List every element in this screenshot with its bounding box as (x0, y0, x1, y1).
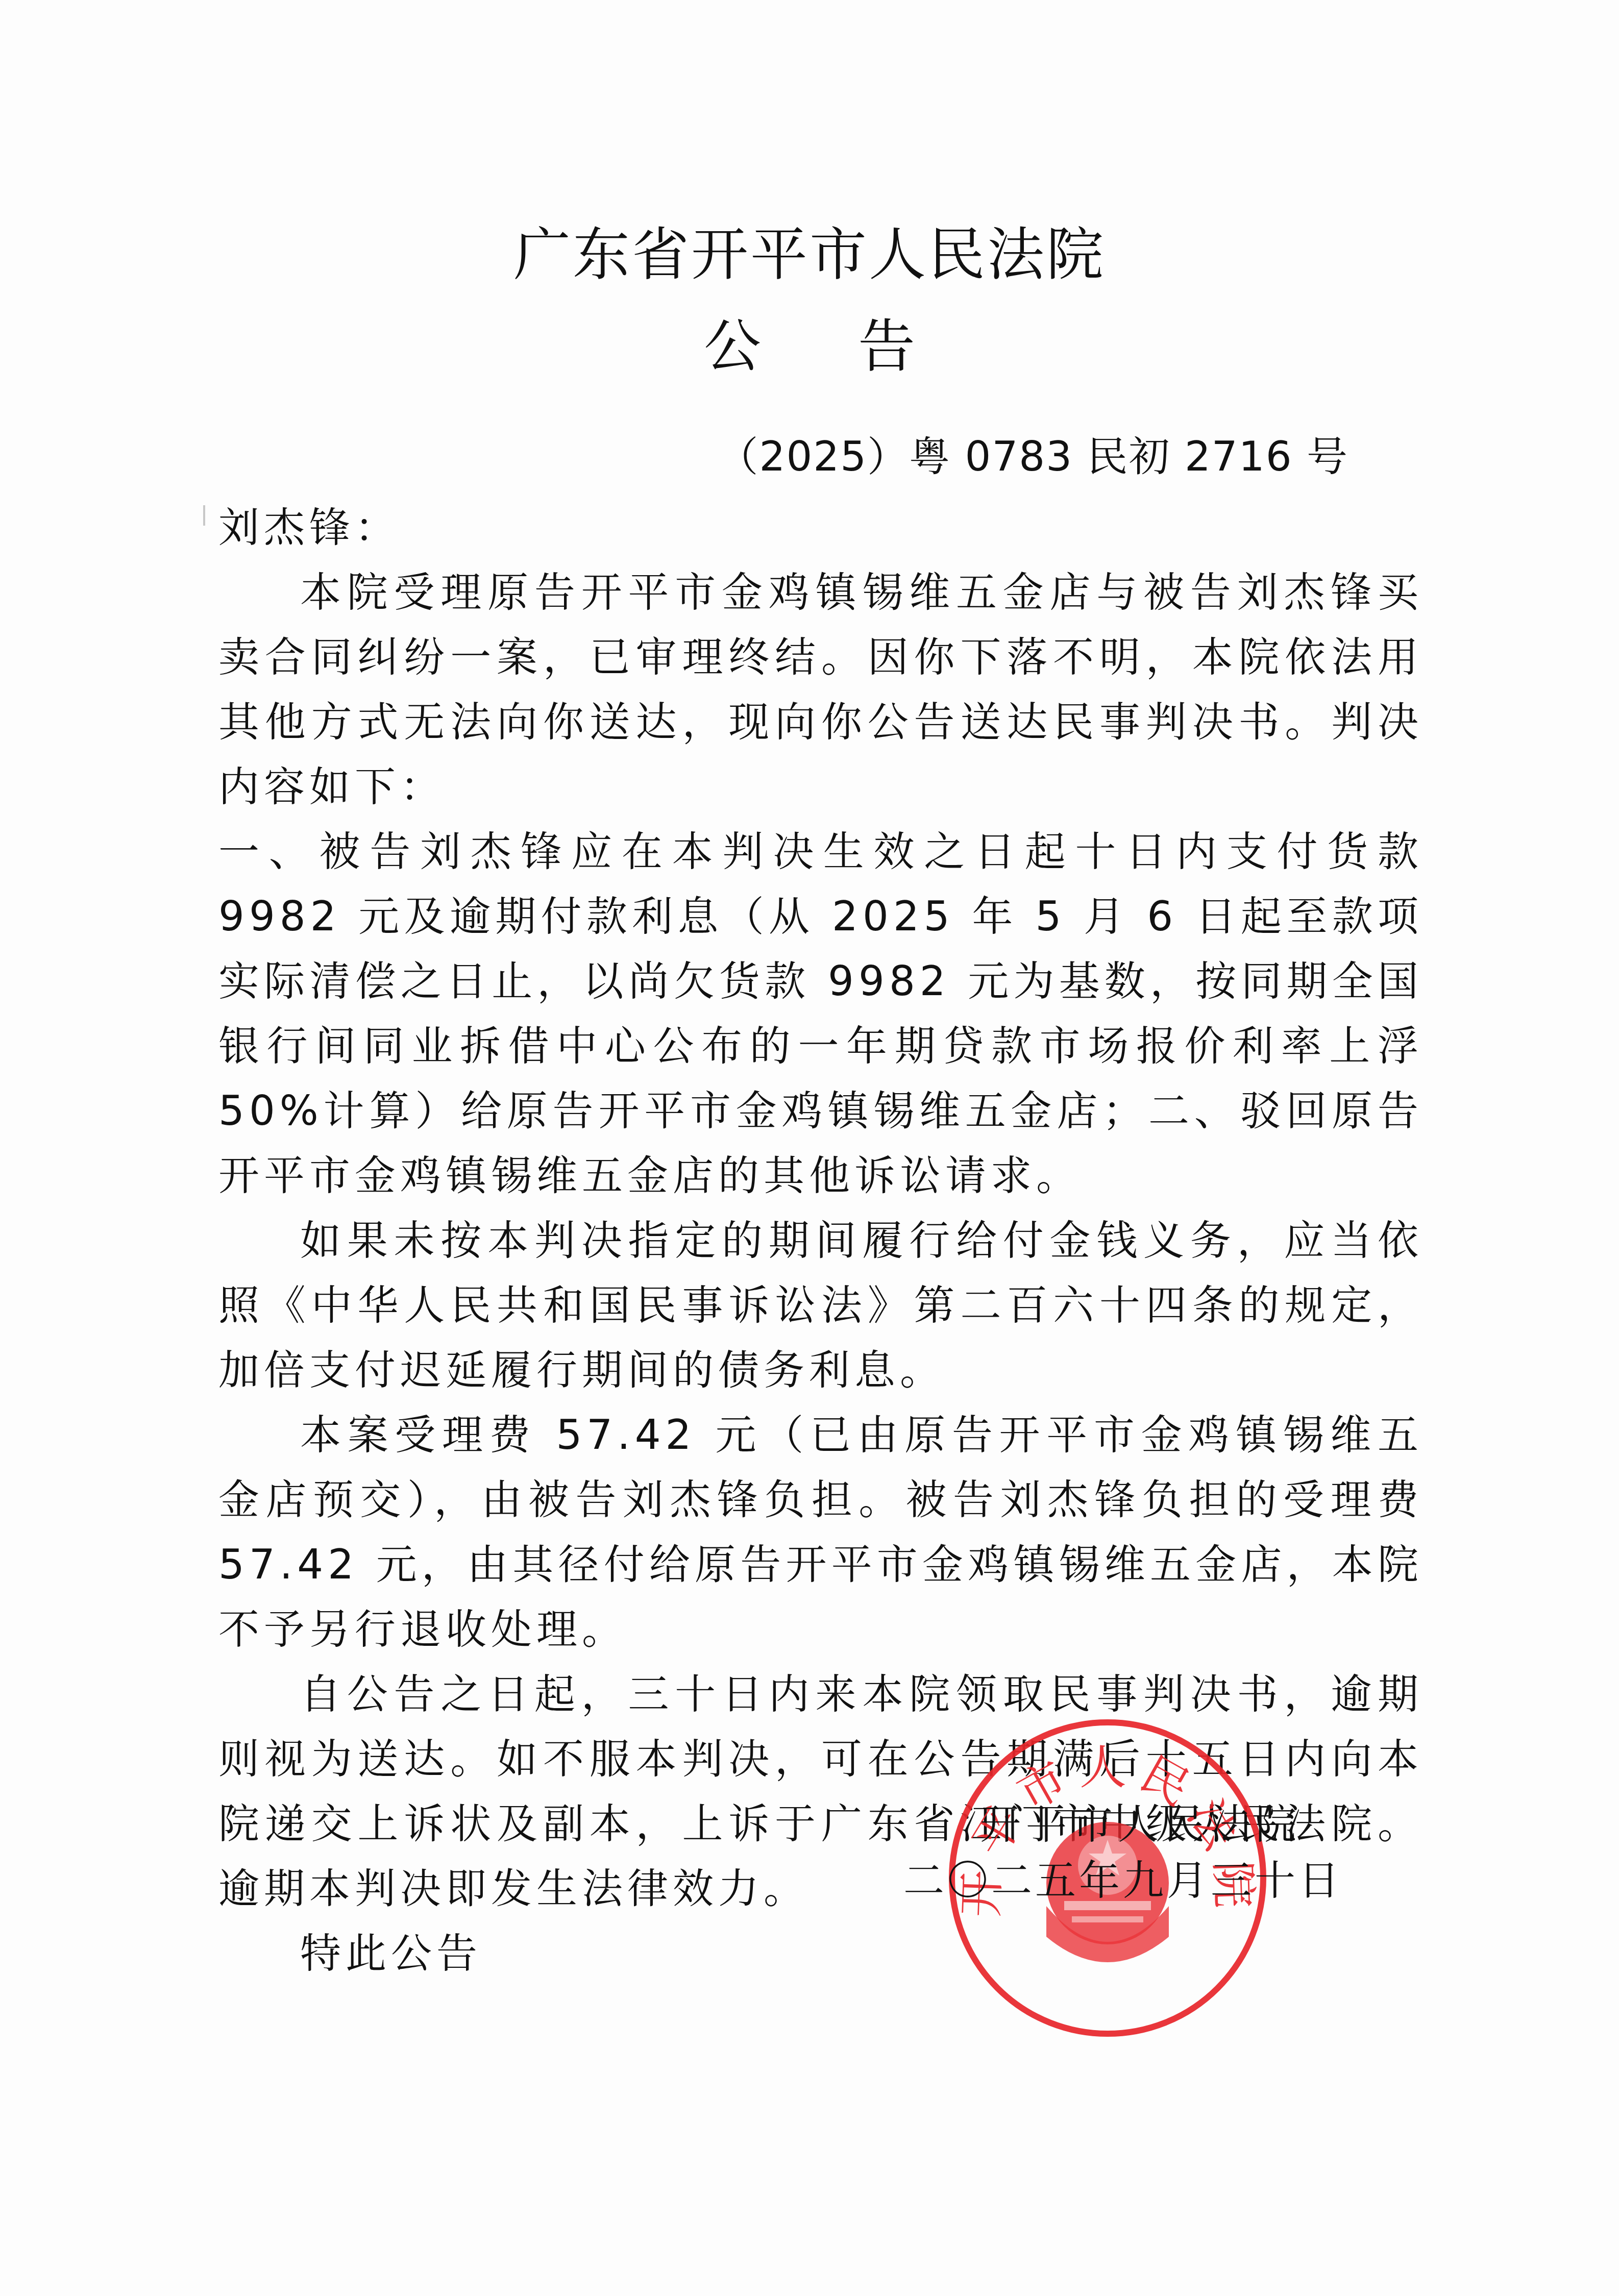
signature-block: 开平市人民法院 二〇二五年九月三十日 (960, 1796, 1342, 1909)
scan-margin-mark (203, 505, 205, 526)
paragraph-late-payment: 如果未按本判决指定的期间履行给付金钱义务，应当依照《中华人民共和国民事诉讼法》第… (218, 1208, 1423, 1402)
document-type-heading: 公告 (0, 311, 1619, 383)
signature-date: 二〇二五年九月三十日 (903, 1853, 1342, 1909)
heading-char-1: 公 (704, 311, 761, 383)
addressee: 刘杰锋： (218, 495, 1423, 560)
signature-court: 开平市人民法院 (980, 1796, 1342, 1853)
case-number: （2025）粤 0783 民初 2716 号 (718, 431, 1349, 482)
paragraph-court-fee: 本案受理费 57.42 元（已由原告开平市金鸡镇锡维五金店预交），由被告刘杰锋负… (218, 1402, 1423, 1662)
court-title: 广东省开平市人民法院 (0, 219, 1619, 291)
paragraph-judgment: 一、被告刘杰锋应在本判决生效之日起十日内支付货款 9982 元及逾期付款利息（从… (218, 819, 1423, 1208)
paragraph-intro: 本院受理原告开平市金鸡镇锡维五金店与被告刘杰锋买卖合同纠纷一案，已审理终结。因你… (218, 560, 1423, 819)
heading-char-2: 告 (858, 311, 915, 383)
document-page: 广东省开平市人民法院 公告 （2025）粤 0783 民初 2716 号 刘杰锋… (0, 0, 1619, 2296)
